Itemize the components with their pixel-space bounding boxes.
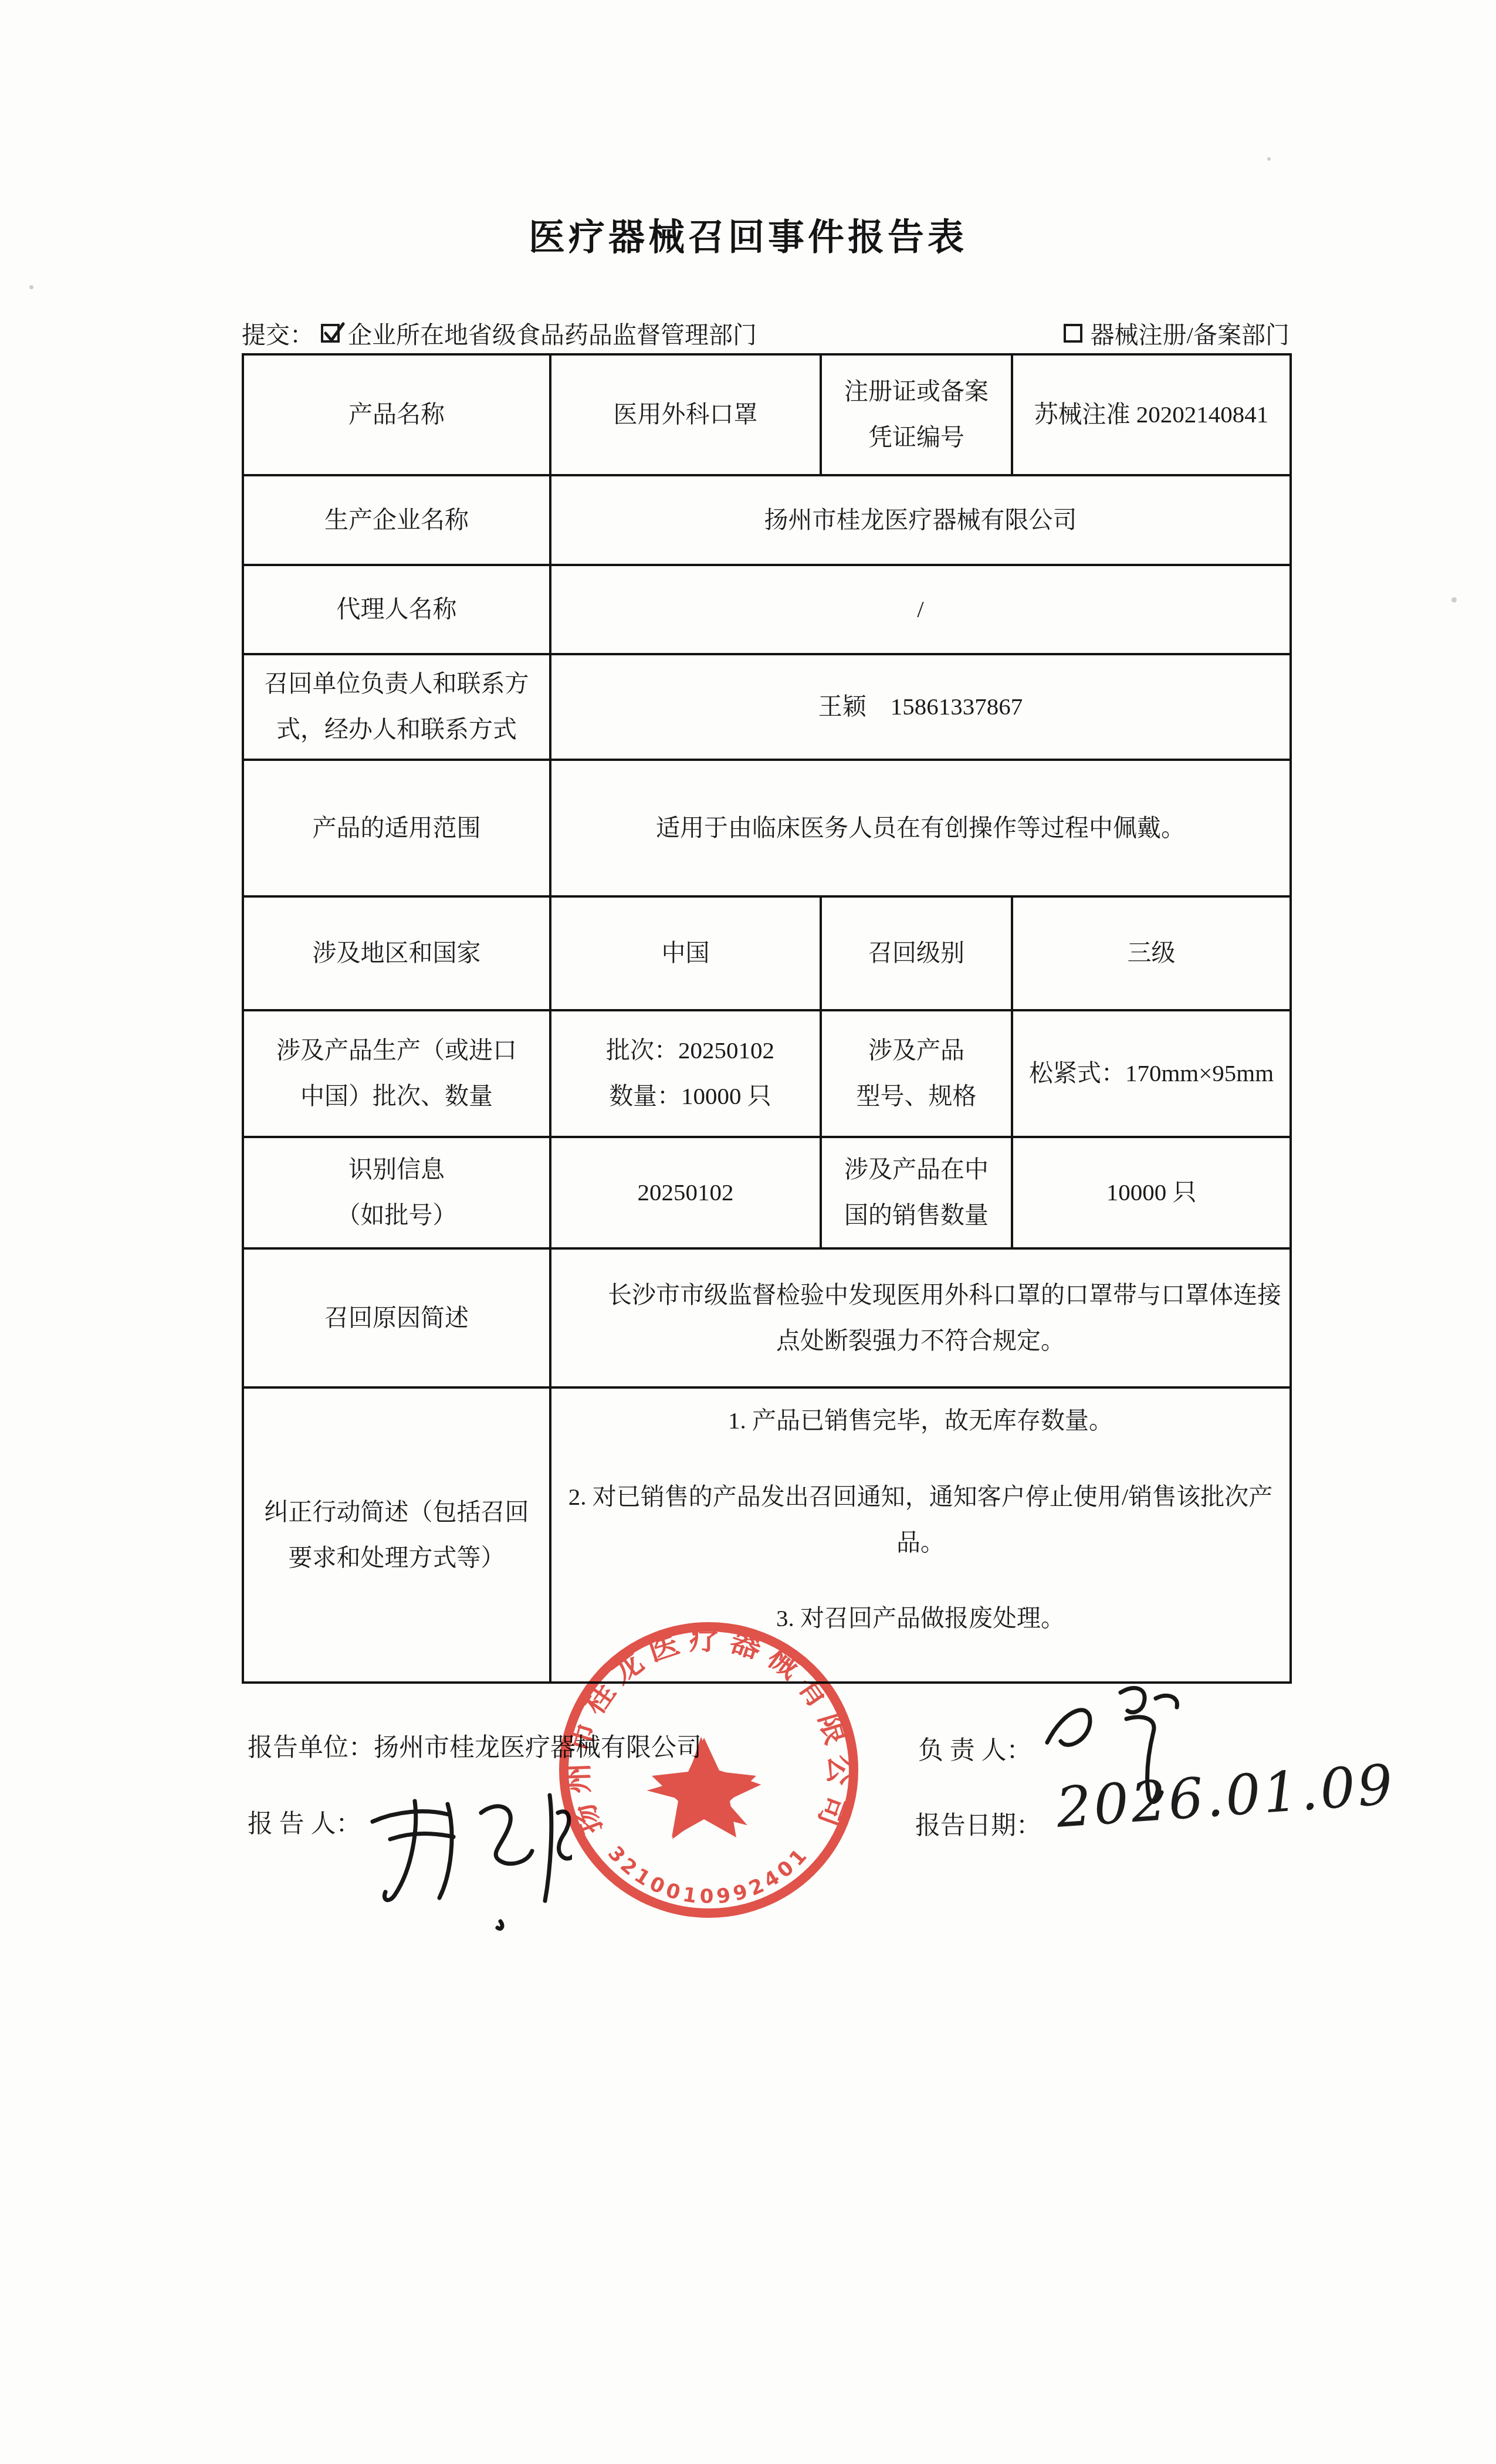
reporter-label: 报 告 人： [248,1804,361,1840]
report-unit-label: 报告单位： [248,1734,374,1762]
china-sales-value: 10000 只 [1012,1137,1291,1248]
table-row: 产品名称 医用外科口罩 注册证或备案 凭证编号 苏械注准 20202140841 [243,354,1291,475]
table-row: 涉及地区和国家 中国 召回级别 三级 [243,896,1291,1010]
responsible-signature [1033,1672,1220,1807]
contact-label: 召回单位负责人和联系方 式，经办人和联系方式 [243,654,550,760]
responsible-label: 负 责 人： [918,1731,1032,1766]
model-spec-value: 松紧式：170mm×95mm [1012,1010,1291,1137]
table-row: 识别信息 （如批号） 20250102 涉及产品在中 国的销售数量 10000 … [243,1137,1291,1248]
scanned-recall-report-page: 医疗器械召回事件报告表 提交： 企业所在地省级食品药品监督管理部门 器械注册/备… [0,0,1496,2464]
submit-option-province-label: 企业所在地省级食品药品监督管理部门 [348,316,757,350]
contact-value: 王颖 15861337867 [550,654,1291,760]
submit-option-registration: 器械注册/备案部门 [1060,316,1289,350]
scan-speck [1267,157,1271,161]
manufacturer-label: 生产企业名称 [243,475,550,565]
scan-speck [1451,597,1457,603]
product-name-label: 产品名称 [243,354,550,475]
scope-label: 产品的适用范围 [243,760,550,896]
table-row: 召回原因简述 长沙市市级监督检验中发现医用外科口罩的口罩带与口罩体连接点处断裂强… [243,1248,1291,1387]
model-spec-label: 涉及产品 型号、规格 [821,1010,1012,1137]
id-info-value: 20250102 [550,1137,821,1248]
scope-value: 适用于由临床医务人员在有创操作等过程中佩戴。 [550,760,1291,896]
recall-level-value: 三级 [1012,896,1291,1010]
checkbox-empty-icon [1064,324,1082,343]
agent-value: / [550,565,1291,654]
recall-level-label: 召回级别 [821,896,1012,1010]
cert-number-value: 苏械注准 20202140841 [1012,354,1291,475]
submit-label: 提交： [242,316,314,350]
batch-quantity-label: 涉及产品生产（或进口 中国）批次、数量 [243,1010,550,1137]
batch-quantity-value: 批次：20250102 数量：10000 只 [550,1010,821,1137]
company-seal-stamp: 扬州市桂龙医疗器械有限公司 3210010992401 [544,1606,873,1934]
scan-speck [29,285,33,289]
corrective-item-1: 1. 产品已销售完毕，故无库存数量。 [560,1398,1281,1444]
table-row: 涉及产品生产（或进口 中国）批次、数量 批次：20250102 数量：10000… [243,1010,1291,1137]
agent-label: 代理人名称 [243,565,550,654]
submit-option-registration-label: 器械注册/备案部门 [1091,316,1289,350]
report-date-label: 报告日期： [915,1806,1041,1842]
corrective-action-label: 纠正行动简述（包括召回 要求和处理方式等） [243,1387,550,1683]
china-sales-label: 涉及产品在中 国的销售数量 [821,1137,1012,1248]
table-row: 产品的适用范围 适用于由临床医务人员在有创操作等过程中佩戴。 [243,760,1291,896]
table-row: 生产企业名称 扬州市桂龙医疗器械有限公司 [243,475,1291,565]
table-row: 代理人名称 / [243,565,1291,654]
manufacturer-value: 扬州市桂龙医疗器械有限公司 [550,475,1291,565]
id-info-label: 识别信息 （如批号） [243,1137,550,1248]
product-name-value: 医用外科口罩 [550,354,821,475]
region-value: 中国 [550,896,821,1010]
seal-number-text: 3210010992401 [603,1842,814,1908]
reporter-signature [361,1781,572,1933]
checkbox-checked-icon [321,324,340,343]
recall-report-table: 产品名称 医用外科口罩 注册证或备案 凭证编号 苏械注准 20202140841… [242,353,1292,1684]
region-label: 涉及地区和国家 [243,896,550,1010]
recall-reason-label: 召回原因简述 [243,1248,550,1387]
cert-number-label: 注册证或备案 凭证编号 [821,354,1012,475]
page-title: 医疗器械召回事件报告表 [0,208,1496,260]
submit-option-province: 提交： 企业所在地省级食品药品监督管理部门 [242,316,757,350]
submit-line: 提交： 企业所在地省级食品药品监督管理部门 器械注册/备案部门 [242,316,1289,350]
corrective-item-2: 2. 对已销售的产品发出召回通知，通知客户停止使用/销售该批次产品。 [560,1474,1281,1566]
recall-reason-value: 长沙市市级监督检验中发现医用外科口罩的口罩带与口罩体连接点处断裂强力不符合规定。 [550,1248,1291,1387]
table-row: 召回单位负责人和联系方 式，经办人和联系方式 王颖 15861337867 [243,654,1291,760]
